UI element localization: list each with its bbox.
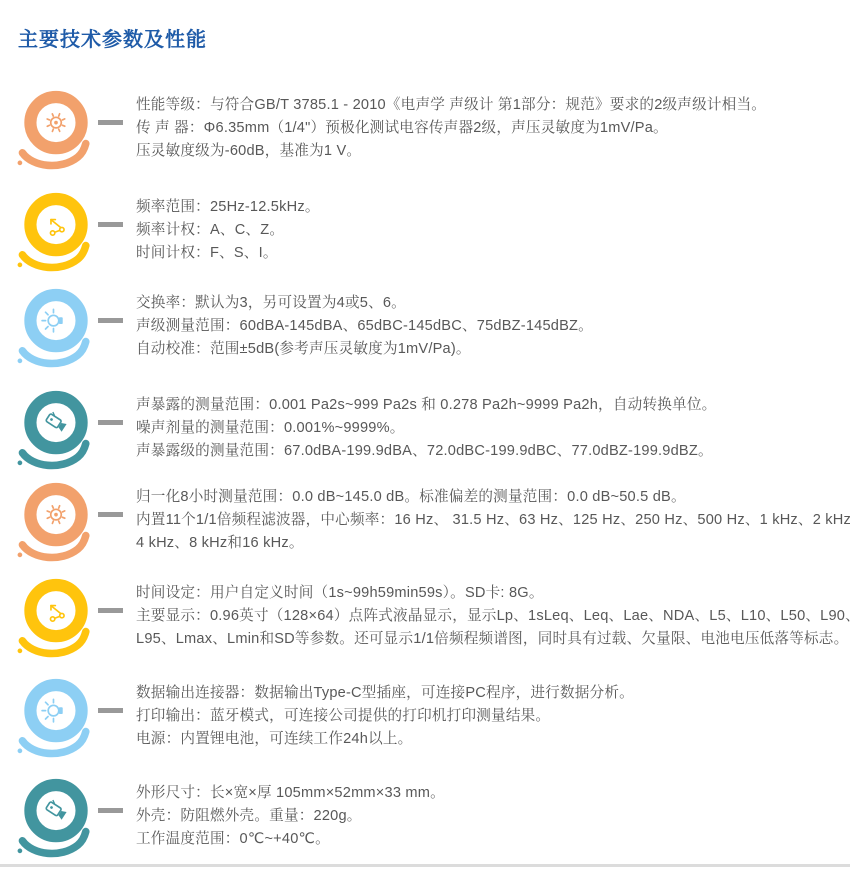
spec-line: 压灵敏度级为-60dB，基准为1 V。 (136, 140, 848, 163)
spec-line: 时间设定：用户自定义时间（1s~99h59min59s）。SD卡: 8G。 (136, 582, 848, 605)
spec-text-block: 频率范围：25Hz-12.5kHz。 频率计权：A、C、Z。 时间计权：F、S、… (136, 196, 848, 265)
spec-line: 性能等级：与符合GB/T 3785.1 - 2010《电声学 声级计 第1部分：… (136, 94, 848, 117)
spec-line: 外壳：防阻燃外壳。重量：220g。 (136, 805, 848, 828)
spec-line: 时间计权：F、S、I。 (136, 242, 848, 265)
spec-text-block: 声暴露的测量范围：0.001 Pa2s~999 Pa2s 和 0.278 Pa2… (136, 394, 848, 463)
spec-line: 声暴露级的测量范围：67.0dBA-199.9dBA、72.0dBC-199.9… (136, 440, 848, 463)
spec-line: 自动校准：范围±5dB(参考声压灵敏度为1mV/Pa)。 (136, 338, 848, 361)
spec-line: 数据输出连接器：数据输出Type-C型插座，可连接PC程序，进行数据分析。 (136, 682, 848, 705)
spec-line: L95、Lmax、Lmin和SD等参数。还可显示1/1倍频程频谱图，同时具有过载… (136, 628, 848, 651)
spec-line: 归一化8小时测量范围：0.0 dB~145.0 dB。标准偏差的测量范围：0.0… (136, 486, 848, 509)
spec-text-block: 数据输出连接器：数据输出Type-C型插座，可连接PC程序，进行数据分析。 打印… (136, 682, 848, 751)
connector-dash (98, 222, 123, 227)
connector-dash (98, 318, 123, 323)
connector-dash (98, 420, 123, 425)
spec-line: 声级测量范围：60dBA-145dBA、65dBC-145dBC、75dBZ-1… (136, 315, 848, 338)
spec-text-block: 性能等级：与符合GB/T 3785.1 - 2010《电声学 声级计 第1部分：… (136, 94, 848, 163)
camera-icon (14, 384, 98, 480)
page-bottom-rule (0, 864, 850, 867)
spec-line: 噪声剂量的测量范围：0.001%~9999%。 (136, 417, 848, 440)
connector-dash (98, 120, 123, 125)
connector-dash (98, 808, 123, 813)
spec-line: 交换率：默认为3，另可设置为4或5、6。 (136, 292, 848, 315)
spec-line: 打印输出：蓝牙模式，可连接公司提供的打印机打印测量结果。 (136, 705, 848, 728)
gear-icon (14, 476, 98, 572)
share-icon (14, 186, 98, 282)
spec-line: 传 声 器：Φ6.35mm（1/4"）预极化测试电容传声器2级，声压灵敏度为1m… (136, 117, 848, 140)
spec-line: 声暴露的测量范围：0.001 Pa2s~999 Pa2s 和 0.278 Pa2… (136, 394, 848, 417)
spec-line: 内置11个1/1倍频程滤波器，中心频率：16 Hz、 31.5 Hz、63 Hz… (136, 509, 848, 532)
spec-line: 频率范围：25Hz-12.5kHz。 (136, 196, 848, 219)
spec-line: 4 kHz、8 kHz和16 kHz。 (136, 532, 848, 555)
share-icon (14, 572, 98, 668)
spec-text-block: 时间设定：用户自定义时间（1s~99h59min59s）。SD卡: 8G。 主要… (136, 582, 848, 651)
spec-line: 主要显示：0.96英寸（128×64）点阵式液晶显示，显示Lp、1sLeq、Le… (136, 605, 848, 628)
spec-text-block: 外形尺寸：长×宽×厚 105mm×52mm×33 mm。 外壳：防阻燃外壳。重量… (136, 782, 848, 851)
connector-dash (98, 708, 123, 713)
page-title: 主要技术参数及性能 (18, 23, 207, 52)
bulb-icon (14, 672, 98, 768)
gear-icon (14, 84, 98, 180)
spec-text-block: 归一化8小时测量范围：0.0 dB~145.0 dB。标准偏差的测量范围：0.0… (136, 486, 848, 555)
camera-icon (14, 772, 98, 868)
spec-line: 工作温度范围：0℃~+40℃。 (136, 828, 848, 851)
spec-line: 电源：内置锂电池，可连续工作24h以上。 (136, 728, 848, 751)
connector-dash (98, 608, 123, 613)
spec-text-block: 交换率：默认为3，另可设置为4或5、6。 声级测量范围：60dBA-145dBA… (136, 292, 848, 361)
spec-line: 频率计权：A、C、Z。 (136, 219, 848, 242)
spec-line: 外形尺寸：长×宽×厚 105mm×52mm×33 mm。 (136, 782, 848, 805)
bulb-icon (14, 282, 98, 378)
connector-dash (98, 512, 123, 517)
